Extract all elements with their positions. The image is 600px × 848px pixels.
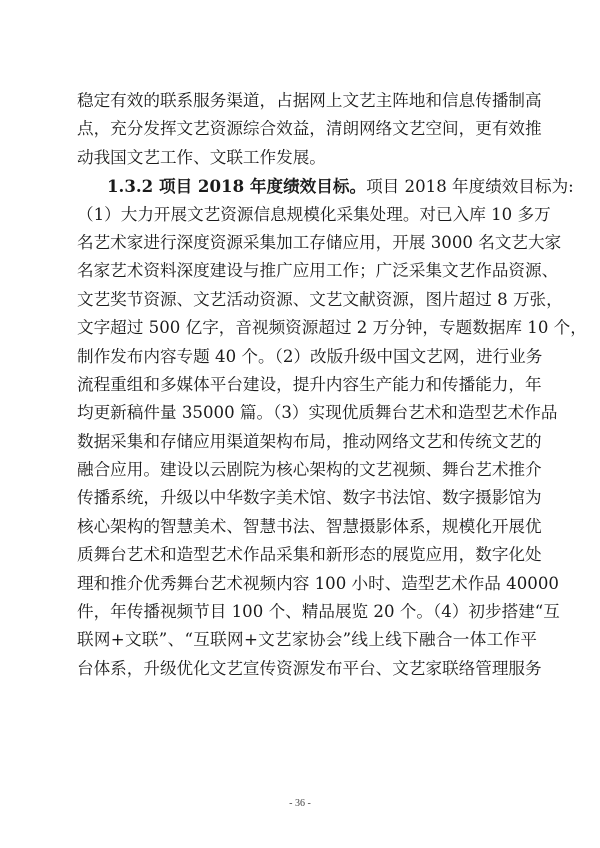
text-line: 均更新稿件量 35000 篇。（3）实现优质舞台艺术和造型艺术作品: [77, 399, 537, 427]
text-line: 制作发布内容专题 40 个。（2）改版升级中国文艺网，进行业务: [77, 343, 537, 371]
text-line: 名艺术家进行深度资源采集加工存储应用，开展 3000 名文艺大家: [77, 229, 537, 257]
document-page: 稳定有效的联系服务渠道，占据网上文艺主阵地和信息传播制高 点，充分发挥文艺资源综…: [0, 0, 600, 848]
text-line: 传播系统，升级以中华数字美术馆、数字书法馆、数字摄影馆为: [77, 484, 537, 512]
text-line: （1）大力开展文艺资源信息规模化采集处理。对已入库 10 多万: [77, 201, 537, 229]
text-line: 数据采集和存储应用渠道架构布局，推动网络文艺和传统文艺的: [77, 428, 537, 456]
text-line: 流程重组和多媒体平台建设，提升内容生产能力和传播能力，年: [77, 371, 537, 399]
text-line: 质舞台艺术和造型艺术作品采集和新形态的展览应用，数字化处: [77, 541, 537, 569]
body-text: 稳定有效的联系服务渠道，占据网上文艺主阵地和信息传播制高 点，充分发挥文艺资源综…: [77, 87, 537, 683]
page-number: - 36 -: [0, 798, 600, 809]
text-line: 核心架构的智慧美术、智慧书法、智慧摄影体系，规模化开展优: [77, 513, 537, 541]
section-heading-line: 1.3.2 项目 2018 年度绩效目标。项目 2018 年度绩效目标为:: [77, 172, 537, 200]
text-line: 理和推介优秀舞台艺术视频内容 100 小时、造型艺术作品 40000: [77, 570, 537, 598]
text-line: 名家艺术资料深度建设与推广应用工作；广泛采集文艺作品资源、: [77, 257, 537, 285]
text-line: 动我国文艺工作、文联工作发展。: [77, 144, 537, 172]
text-line: 联网+文联”、“互联网+文艺家协会”线上线下融合一体工作平: [77, 626, 537, 654]
text-line: 文艺奖节资源、文艺活动资源、文艺文献资源，图片超过 8 万张，: [77, 286, 537, 314]
text-line: 融合应用。建设以云剧院为核心架构的文艺视频、舞台艺术推介: [77, 456, 537, 484]
text-line: 点，充分发挥文艺资源综合效益，清朗网络文艺空间，更有效推: [77, 115, 537, 143]
text-line: 项目 2018 年度绩效目标为:: [366, 177, 574, 196]
text-line: 文字超过 500 亿字，音视频资源超过 2 万分钟，专题数据库 10 个，: [77, 314, 537, 342]
text-line: 稳定有效的联系服务渠道，占据网上文艺主阵地和信息传播制高: [77, 87, 537, 115]
section-heading: 1.3.2 项目 2018 年度绩效目标。: [107, 176, 366, 196]
text-line: 件，年传播视频节目 100 个、精品展览 20 个。（4）初步搭建“互: [77, 598, 537, 626]
text-line: 台体系，升级优化文艺宣传资源发布平台、文艺家联络管理服务: [77, 655, 537, 683]
